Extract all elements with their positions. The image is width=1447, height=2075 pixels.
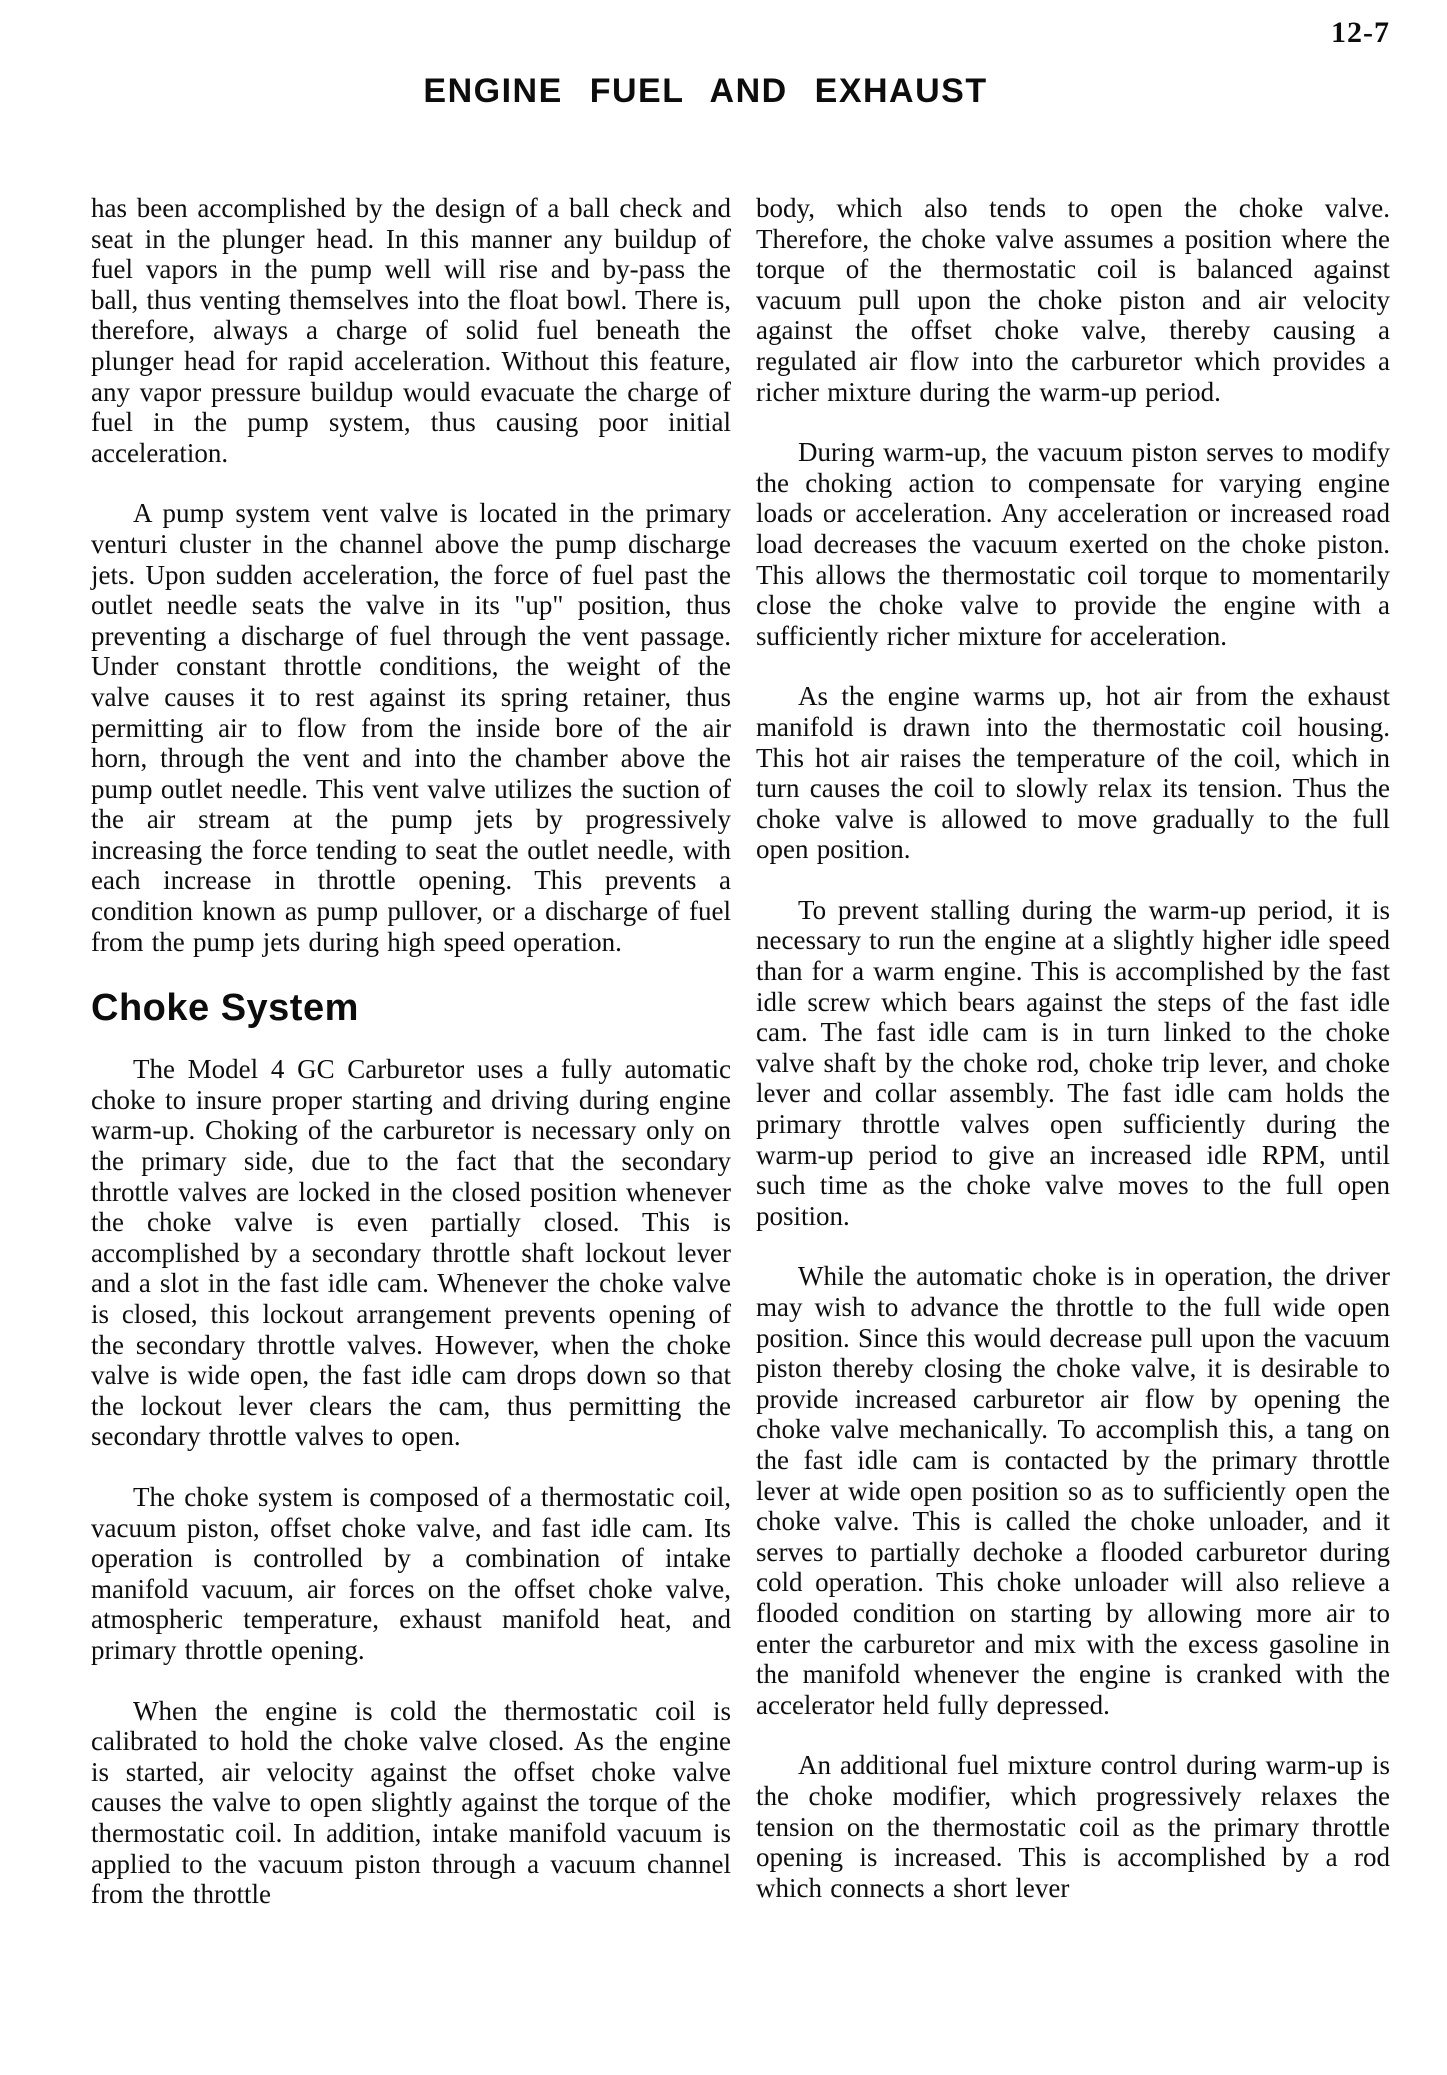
left-column: has been accomplished by the design of a… xyxy=(91,193,731,1940)
paragraph-continuation: body, which also tends to open the choke… xyxy=(756,193,1390,407)
paragraph: To prevent stalling during the warm-up p… xyxy=(756,895,1390,1232)
paragraph: During warm-up, the vacuum piston serves… xyxy=(756,437,1390,651)
paragraph: The choke system is composed of a thermo… xyxy=(91,1482,731,1666)
paragraph: As the engine warms up, hot air from the… xyxy=(756,681,1390,865)
paragraph-continuation: has been accomplished by the design of a… xyxy=(91,193,731,468)
paragraph: A pump system vent valve is located in t… xyxy=(91,498,731,957)
right-column: body, which also tends to open the choke… xyxy=(756,193,1390,1940)
two-column-layout: has been accomplished by the design of a… xyxy=(91,193,1390,1940)
page-title: ENGINE FUEL AND EXHAUST xyxy=(0,72,1429,111)
paragraph: The Model 4 GC Carburetor uses a fully a… xyxy=(91,1054,731,1452)
manual-page: 12-7 ENGINE FUEL AND EXHAUST has been ac… xyxy=(0,0,1447,2075)
paragraph: When the engine is cold the thermostatic… xyxy=(91,1696,731,1910)
section-heading-choke-system: Choke System xyxy=(91,987,731,1030)
paragraph: An additional fuel mixture control durin… xyxy=(756,1750,1390,1903)
page-number: 12-7 xyxy=(1331,16,1390,50)
paragraph: While the automatic choke is in operatio… xyxy=(756,1261,1390,1720)
